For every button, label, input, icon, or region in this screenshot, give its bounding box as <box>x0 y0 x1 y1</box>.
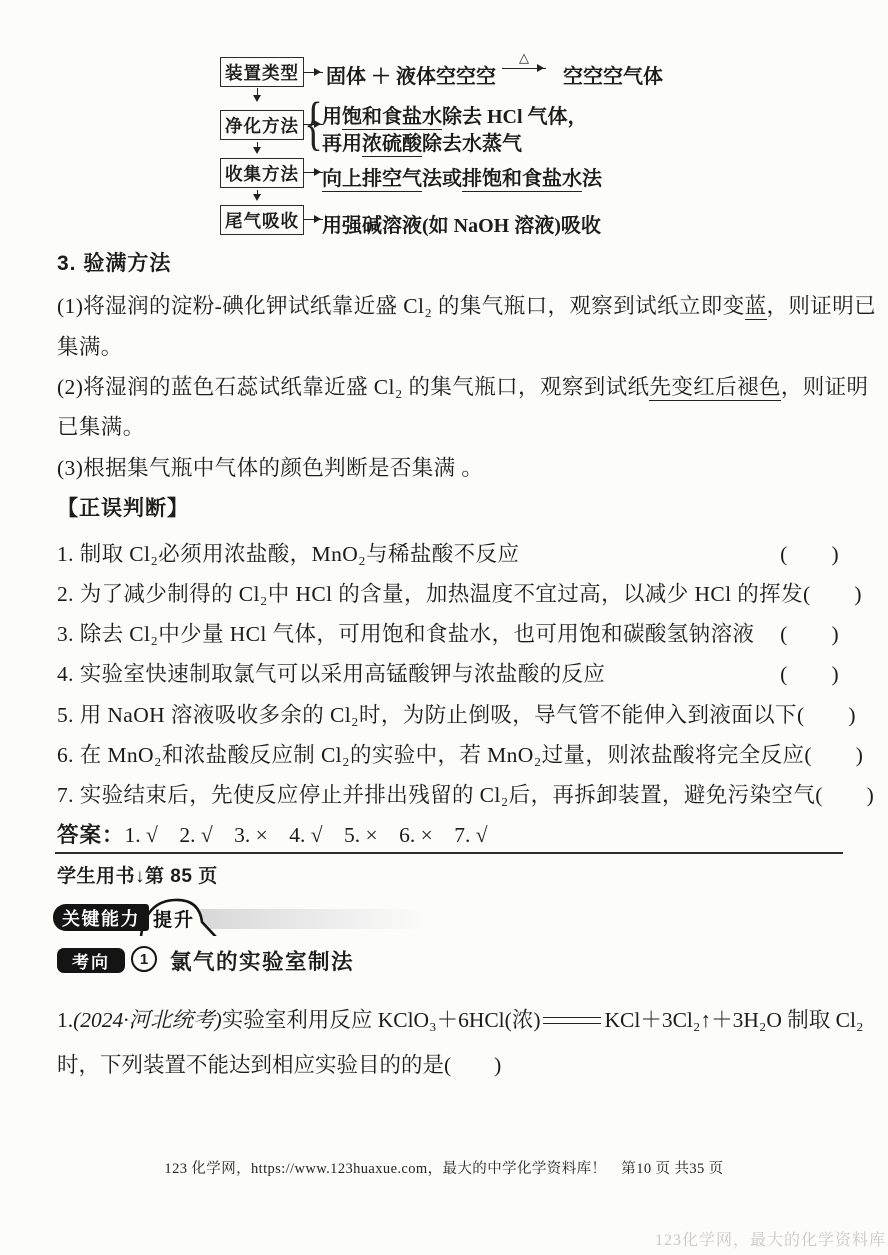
collect-underlined-1: 向上排空气 <box>322 168 422 192</box>
collect-post: 法 <box>582 168 602 190</box>
judge-item-text: 4. 实验室快速制取氯气可以采用高锰酸钾与浓盐酸的反应 <box>57 657 605 688</box>
judge-row: 2. 为了减少制得的 Cl₂中 HCl 的含量，加热温度不宜过高，以减少 HCl… <box>57 577 839 608</box>
verify-p2-line1: (2)将湿润的蓝色石蕊试纸靠近盛 Cl₂ 的集气瓶口，观察到试纸先变红后褪色，则… <box>57 370 868 401</box>
flow-box-device-type: 装置类型 <box>220 57 304 87</box>
question-line2: 时，下列装置不能达到相应实验目的的是( ) <box>57 1048 501 1079</box>
tisheng-bubble: 提升 <box>139 896 219 936</box>
answers-values: 1. √ 2. √ 3. × 4. √ 5. × 6. × 7. √ <box>125 823 488 847</box>
p1-post: ，则证明已 <box>767 294 877 318</box>
judge-item-text: 3. 除去 Cl₂中少量 HCl 气体，可用饱和食盐水，也可用饱和碳酸氢钠溶液 <box>57 617 754 648</box>
right-arrow-icon <box>303 72 323 73</box>
answer-bracket: ( ) <box>804 738 863 769</box>
verify-p1-line1: (1)将湿润的淀粉-碘化钾试纸靠近盛 Cl₂ 的集气瓶口，观察到试纸立即变蓝，则… <box>57 289 876 320</box>
collect-underlined-2: 排饱和食盐水 <box>462 168 582 192</box>
answers-line: 答案：1. √ 2. √ 3. × 4. √ 5. × 6. × 7. √ <box>57 818 488 849</box>
p2-underlined: 先变红后褪色 <box>649 375 780 401</box>
judge-row: 5. 用 NaOH 溶液吸收多余的 Cl₂时，为防止倒吸，导气管不能伸入到液面以… <box>57 698 839 729</box>
answer-bracket: ( ) <box>815 778 874 809</box>
purify-line-1: 用饱和食盐水除去 HCl 气体， <box>322 100 588 129</box>
right-arrow-icon <box>303 219 323 220</box>
equation-left: 实验室利用反应 KClO₃＋6HCl(浓) <box>222 1008 541 1032</box>
flow-box-purification: 净化方法 <box>220 110 304 140</box>
purify2-post: 除去水蒸气 <box>422 133 522 155</box>
heat-triangle-icon: △ <box>519 52 529 64</box>
heat-arrow: △ <box>501 52 547 69</box>
verify-p1-line2: 集满。 <box>57 330 123 361</box>
down-arrow-icon <box>257 142 258 152</box>
answer-bracket: ( ) <box>780 537 839 568</box>
p2-post: ，则证明 <box>781 375 869 399</box>
key-capability-badge: 关键能力 <box>53 904 149 931</box>
judge-item-text: 5. 用 NaOH 溶液吸收多余的 Cl₂时，为防止倒吸，导气管不能伸入到液面以… <box>57 698 797 729</box>
answer-bracket: ( ) <box>797 698 856 729</box>
flow-row1-reactants: 固体 ＋ 液体空空空 <box>326 60 496 89</box>
right-arrow-icon <box>502 68 546 69</box>
judge-item-text: 6. 在 MnO₂和浓盐酸反应制 Cl₂的实验中，若 MnO₂过量，则浓盐酸将完… <box>57 738 804 769</box>
judge-row: 4. 实验室快速制取氯气可以采用高锰酸钾与浓盐酸的反应( ) <box>57 657 839 688</box>
judge-row: 1. 制取 Cl₂必须用浓盐酸，MnO₂与稀盐酸不反应( ) <box>57 537 839 568</box>
left-brace: { <box>304 98 323 151</box>
horizontal-rule <box>55 852 843 854</box>
answer-bracket: ( ) <box>780 657 839 688</box>
judge-row: 3. 除去 Cl₂中少量 HCl 气体，可用饱和食盐水，也可用饱和碳酸氢钠溶液(… <box>57 617 839 648</box>
answer-bracket: ( ) <box>780 617 839 648</box>
section-heading-verify: 3. 验满方法 <box>57 247 171 277</box>
down-arrow-icon <box>257 88 258 100</box>
judge-row: 6. 在 MnO₂和浓盐酸反应制 Cl₂的实验中，若 MnO₂过量，则浓盐酸将完… <box>57 738 839 769</box>
right-arrow-icon <box>303 172 323 173</box>
p2-pre: (2)将湿润的蓝色石蕊试纸靠近盛 Cl₂ 的集气瓶口，观察到试纸 <box>57 375 649 399</box>
flow-box-collection: 收集方法 <box>220 158 304 188</box>
question-number: 1. <box>57 1008 73 1032</box>
document-page: 装置类型 固体 ＋ 液体空空空 △ 空空空气体 净化方法 { 用饱和食盐水除去 … <box>0 0 888 1255</box>
judge-item-text: 7. 实验结束后，先使反应停止并排出残留的 Cl₂后，再拆卸装置，避免污染空气 <box>57 778 815 809</box>
exam-point-title: 氯气的实验室制法 <box>170 945 354 976</box>
verify-p2-line2: 已集满。 <box>57 410 145 441</box>
tisheng-label: 提升 <box>153 905 195 932</box>
purify1-post: 除去 HCl 气体， <box>442 106 588 128</box>
watermark: 123化学网，最大的化学资料库 <box>655 1227 886 1250</box>
purify2-pre: 再用 <box>322 133 362 155</box>
verify-p3: (3)根据集气瓶中气体的颜色判断是否集满 。 <box>57 451 483 482</box>
p1-pre: (1)将湿润的淀粉-碘化钾试纸靠近盛 Cl₂ 的集气瓶口，观察到试纸立即变 <box>57 294 745 318</box>
section-heading-judge: 【正误判断】 <box>57 492 189 522</box>
down-arrow-icon <box>257 190 258 199</box>
purify-line-2: 再用浓硫酸除去水蒸气 <box>322 127 522 156</box>
equation-right: KCl＋3Cl₂↑＋3H₂O 制取 Cl₂ <box>604 1008 863 1032</box>
question-source: (2024·河北统考) <box>73 1008 222 1032</box>
preparation-flowchart: 装置类型 固体 ＋ 液体空空空 △ 空空空气体 净化方法 { 用饱和食盐水除去 … <box>218 52 688 247</box>
equals-double-line <box>543 1017 601 1024</box>
flow-box-tail-gas: 尾气吸收 <box>220 205 304 235</box>
row1-text: 固体 ＋ 液体空空空 <box>326 66 496 88</box>
flow-row1-product: 空空空气体 <box>563 60 663 89</box>
judge-row: 7. 实验结束后，先使反应停止并排出残留的 Cl₂后，再拆卸装置，避免污染空气(… <box>57 778 839 809</box>
answers-label: 答案： <box>57 823 125 847</box>
judge-item-text: 2. 为了减少制得的 Cl₂中 HCl 的含量，加热温度不宜过高，以减少 HCl… <box>57 577 803 608</box>
p1-underlined: 蓝 <box>745 294 767 320</box>
purify2-underlined: 浓硫酸 <box>362 133 422 157</box>
answer-bracket: ( ) <box>803 577 862 608</box>
collect-mid: 法或 <box>422 168 462 190</box>
kaoxiang-badge: 考向 <box>57 948 125 973</box>
collect-line: 向上排空气法或排饱和食盐水法 <box>322 162 602 191</box>
student-book-ref: 学生用书↓第 85 页 <box>57 861 218 888</box>
gray-strip <box>200 909 428 929</box>
page-footer: 123 化学网，https://www.123huaxue.com，最大的中学化… <box>0 1157 888 1178</box>
circled-number-icon: 1 <box>131 946 157 972</box>
judge-item-text: 1. 制取 Cl₂必须用浓盐酸，MnO₂与稀盐酸不反应 <box>57 537 519 568</box>
question-line1: 1.(2024·河北统考)实验室利用反应 KClO₃＋6HCl(浓)KCl＋3C… <box>57 1003 864 1034</box>
tail-gas-line: 用强碱溶液(如 NaOH 溶液)吸收 <box>322 209 601 238</box>
purify1-pre: 用 <box>322 106 342 128</box>
